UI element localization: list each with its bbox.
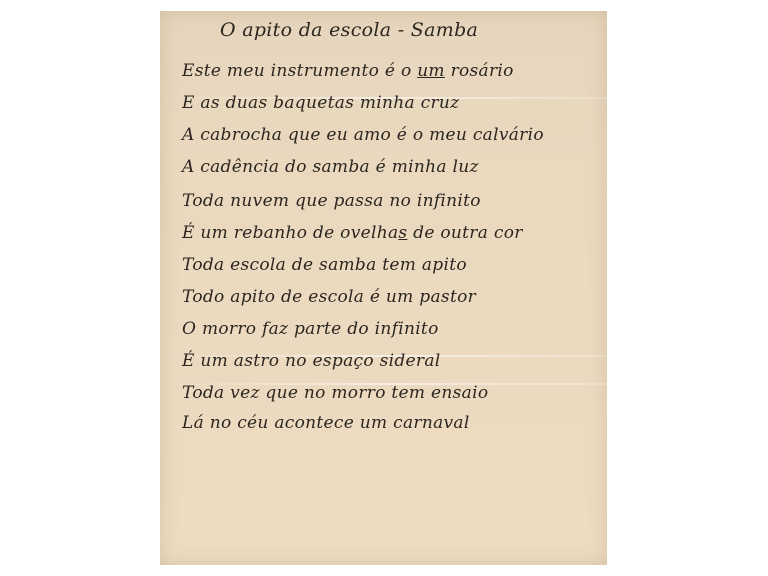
lyric-line-10: É um astro no espaço sideral — [182, 351, 441, 371]
lyric-line-2: E as duas baquetas minha cruz — [182, 93, 459, 113]
inserted-word: um — [417, 61, 445, 81]
lyric-line-8: Todo apito de escola é um pastor — [182, 287, 476, 307]
lyric-line-12: Lá no céu acontece um carnaval — [182, 413, 470, 433]
lyric-line-6: É um rebanho de ovelhas de outra cor — [182, 223, 523, 243]
lyric-line-4: A cadência do samba é minha luz — [182, 157, 479, 177]
song-title: O apito da escola - Samba — [220, 19, 478, 41]
lyric-line-7: Toda escola de samba tem apito — [182, 255, 467, 275]
lyric-line-11: Toda vez que no morro tem ensaio — [182, 383, 488, 403]
lyric-line-5: Toda nuvem que passa no infinito — [182, 191, 481, 211]
lyric-line-1: Este meu instrumento é o um rosário — [182, 61, 514, 81]
lyric-line-9: O morro faz parte do infinito — [182, 319, 439, 339]
lyric-line-3: A cabrocha que eu amo é o meu calvário — [182, 125, 544, 145]
manuscript-page: O apito da escola - Samba Este meu instr… — [160, 11, 607, 565]
